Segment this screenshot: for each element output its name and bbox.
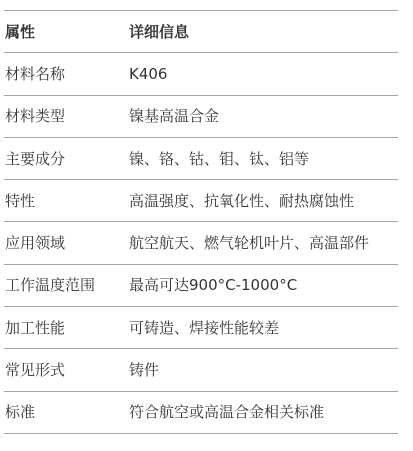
row-value: 航空航天、燃气轮机叶片、高温部件 bbox=[129, 233, 398, 253]
row-attribute: 材料类型 bbox=[4, 106, 129, 126]
row-value: 高温强度、抗氧化性、耐热腐蚀性 bbox=[129, 191, 398, 211]
row-attribute: 加工性能 bbox=[4, 318, 129, 338]
row-value: 镍基高温合金 bbox=[129, 106, 398, 126]
row-value: 可铸造、焊接性能较差 bbox=[129, 318, 398, 338]
header-attribute: 属性 bbox=[4, 22, 129, 42]
table-row: 加工性能 可铸造、焊接性能较差 bbox=[4, 307, 398, 349]
row-attribute: 标准 bbox=[4, 402, 129, 422]
table-row: 主要成分 镍、铬、钴、钼、钛、铝等 bbox=[4, 138, 398, 180]
row-attribute: 工作温度范围 bbox=[4, 275, 129, 295]
row-value: K406 bbox=[129, 64, 398, 84]
table-row: 材料名称 K406 bbox=[4, 53, 398, 95]
row-attribute: 主要成分 bbox=[4, 149, 129, 169]
row-value: 铸件 bbox=[129, 360, 398, 380]
row-value: 镍、铬、钴、钼、钛、铝等 bbox=[129, 149, 398, 169]
table-row: 标准 符合航空或高温合金相关标准 bbox=[4, 392, 398, 434]
table-row: 特性 高温强度、抗氧化性、耐热腐蚀性 bbox=[4, 180, 398, 222]
row-attribute: 应用领域 bbox=[4, 233, 129, 253]
row-attribute: 材料名称 bbox=[4, 64, 129, 84]
header-details: 详细信息 bbox=[129, 22, 398, 42]
table-row: 工作温度范围 最高可达900°C-1000°C bbox=[4, 265, 398, 307]
material-properties-table: 属性 详细信息 材料名称 K406 材料类型 镍基高温合金 主要成分 镍、铬、钴… bbox=[4, 10, 398, 434]
table-row: 应用领域 航空航天、燃气轮机叶片、高温部件 bbox=[4, 222, 398, 264]
table-header-row: 属性 详细信息 bbox=[4, 11, 398, 53]
row-value: 最高可达900°C-1000°C bbox=[129, 275, 398, 295]
row-attribute: 特性 bbox=[4, 191, 129, 211]
table-row: 材料类型 镍基高温合金 bbox=[4, 96, 398, 138]
row-value: 符合航空或高温合金相关标准 bbox=[129, 402, 398, 422]
row-attribute: 常见形式 bbox=[4, 360, 129, 380]
table-row: 常见形式 铸件 bbox=[4, 349, 398, 391]
